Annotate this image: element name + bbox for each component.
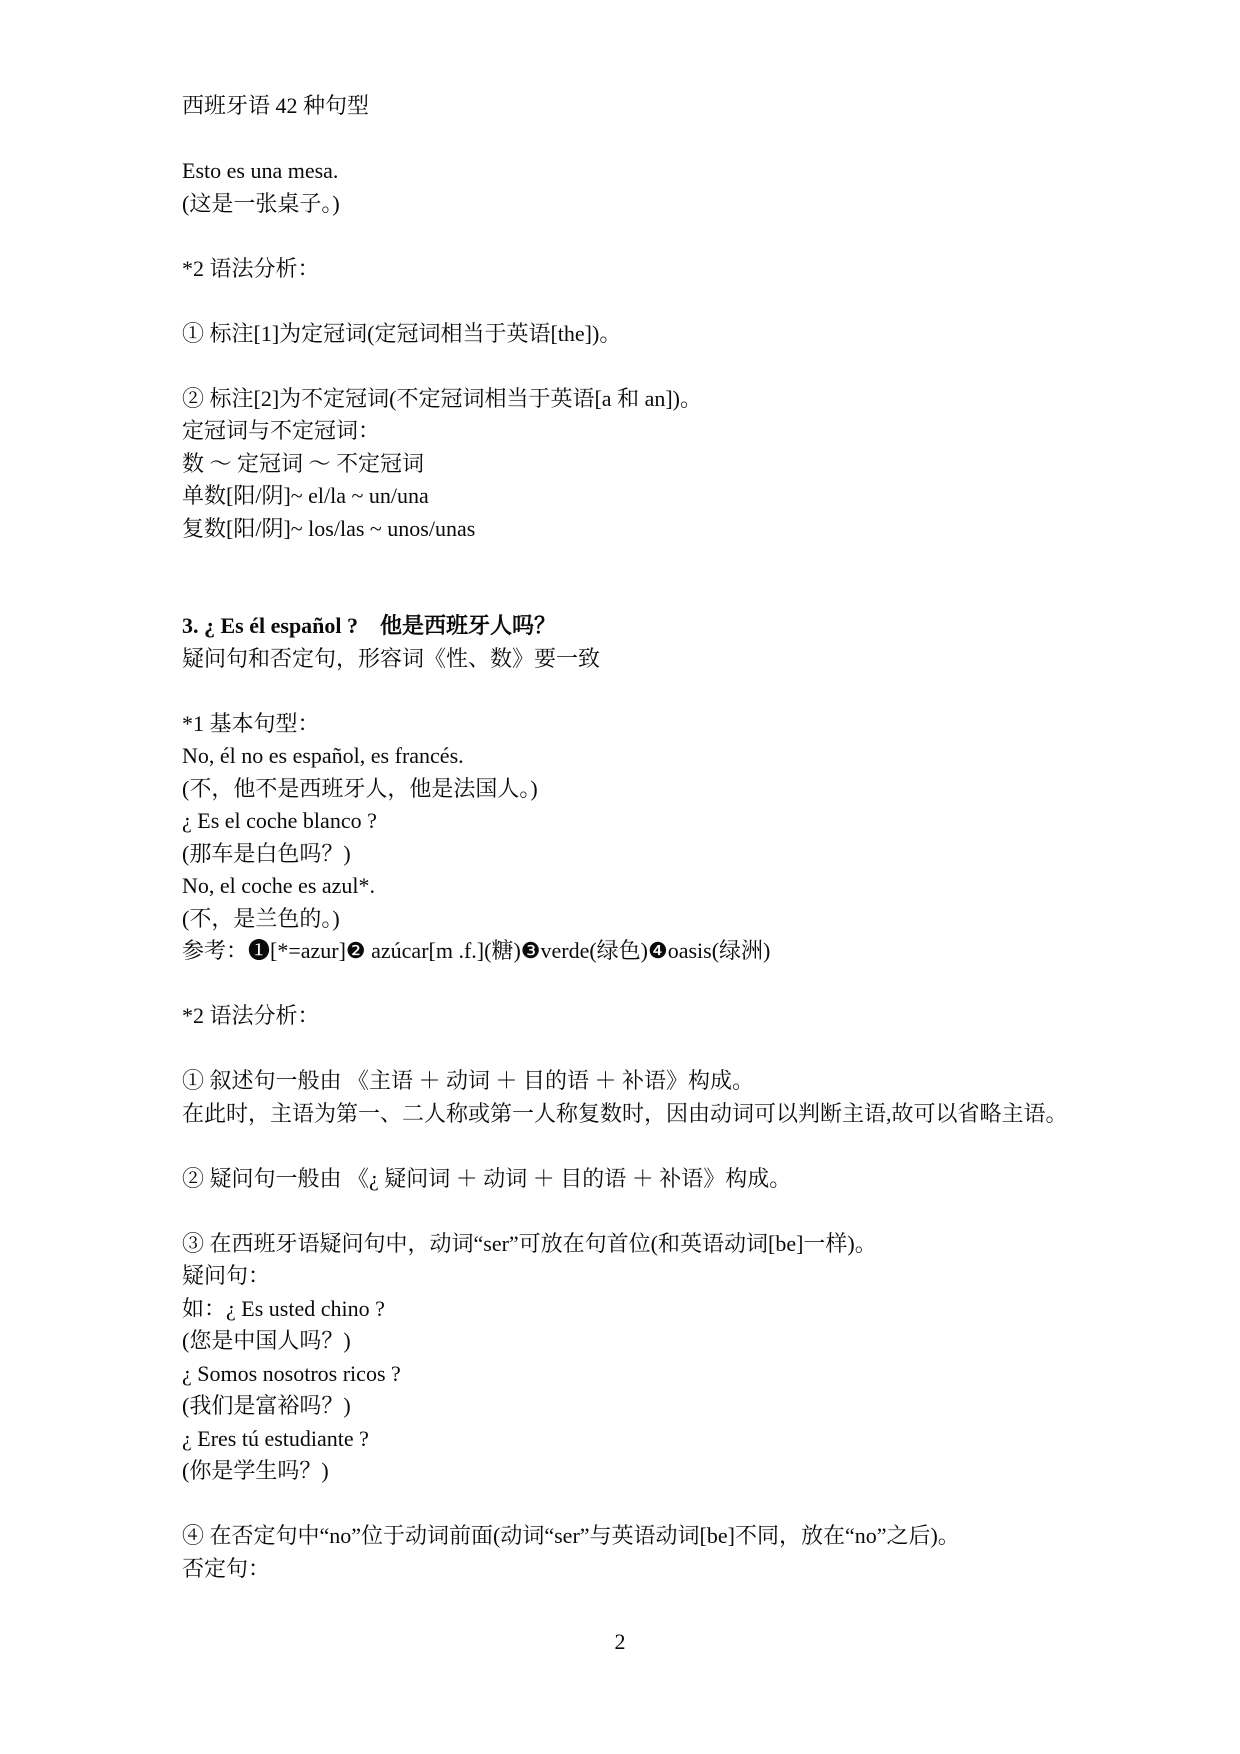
document-line: ② 标注[2]为不定冠词(不定冠词相当于英语[a 和 an])。 [182, 383, 1112, 416]
document-line: Esto es una mesa. [182, 155, 1112, 188]
document-line: 疑问句： [182, 1260, 1112, 1293]
page-number: 2 [0, 1626, 1240, 1659]
document-line: 单数[阳/阴]~ el/la ~ un/una [182, 480, 1112, 513]
document-line: 3. ¿ Es él español ? 他是西班牙人吗？ [182, 610, 1112, 643]
document-line: 定冠词与不定冠词： [182, 415, 1112, 448]
page-header: 西班牙语 42 种句型 [182, 90, 1112, 123]
document-line: *2 语法分析： [182, 253, 1112, 286]
document-line: (那车是白色吗？) [182, 838, 1112, 871]
document-line: No, el coche es azul*. [182, 870, 1112, 903]
document-line: No, él no es español, es francés. [182, 740, 1112, 773]
document-line: *1 基本句型： [182, 708, 1112, 741]
document-body: 西班牙语 42 种句型 Esto es una mesa.(这是一张桌子。)*2… [182, 90, 1112, 1585]
document-line: (不，他不是西班牙人，他是法国人。) [182, 773, 1112, 806]
page: 西班牙语 42 种句型 Esto es una mesa.(这是一张桌子。)*2… [0, 0, 1240, 1754]
document-line: ② 疑问句一般由 《¿ 疑问词 ＋ 动词 ＋ 目的语 ＋ 补语》构成。 [182, 1163, 1112, 1196]
document-line: (你是学生吗？) [182, 1455, 1112, 1488]
document-line: ¿ Eres tú estudiante ? [182, 1423, 1112, 1456]
document-line: ① 叙述句一般由 《主语 ＋ 动词 ＋ 目的语 ＋ 补语》构成。 [182, 1065, 1112, 1098]
document-line: (您是中国人吗？) [182, 1325, 1112, 1358]
document-line: *2 语法分析： [182, 1000, 1112, 1033]
document-line: 疑问句和否定句，形容词《性、数》要一致 [182, 643, 1112, 676]
document-line: 在此时，主语为第一、二人称或第一人称复数时，因由动词可以判断主语,故可以省略主语… [182, 1098, 1112, 1131]
document-line: (这是一张桌子。) [182, 188, 1112, 221]
document-line: 参考：❶[*=azur]❷ azúcar[m .f.](糖)❸verde(绿色)… [182, 935, 1112, 968]
document-line: ③ 在西班牙语疑问句中，动词“ser”可放在句首位(和英语动词[be]一样)。 [182, 1228, 1112, 1261]
document-line: ④ 在否定句中“no”位于动词前面(动词“ser”与英语动词[be]不同，放在“… [182, 1520, 1112, 1553]
document-line: 复数[阳/阴]~ los/las ~ unos/unas [182, 513, 1112, 546]
document-line: ¿ Somos nosotros ricos ? [182, 1358, 1112, 1391]
document-line: 如：¿ Es usted chino ? [182, 1293, 1112, 1326]
document-line: (我们是富裕吗？) [182, 1390, 1112, 1423]
document-line: 否定句： [182, 1553, 1112, 1586]
document-line: 数 ～ 定冠词 ～ 不定冠词 [182, 448, 1112, 481]
document-line: (不，是兰色的。) [182, 903, 1112, 936]
document-line: ① 标注[1]为定冠词(定冠词相当于英语[the])。 [182, 318, 1112, 351]
document-line: ¿ Es el coche blanco ? [182, 805, 1112, 838]
